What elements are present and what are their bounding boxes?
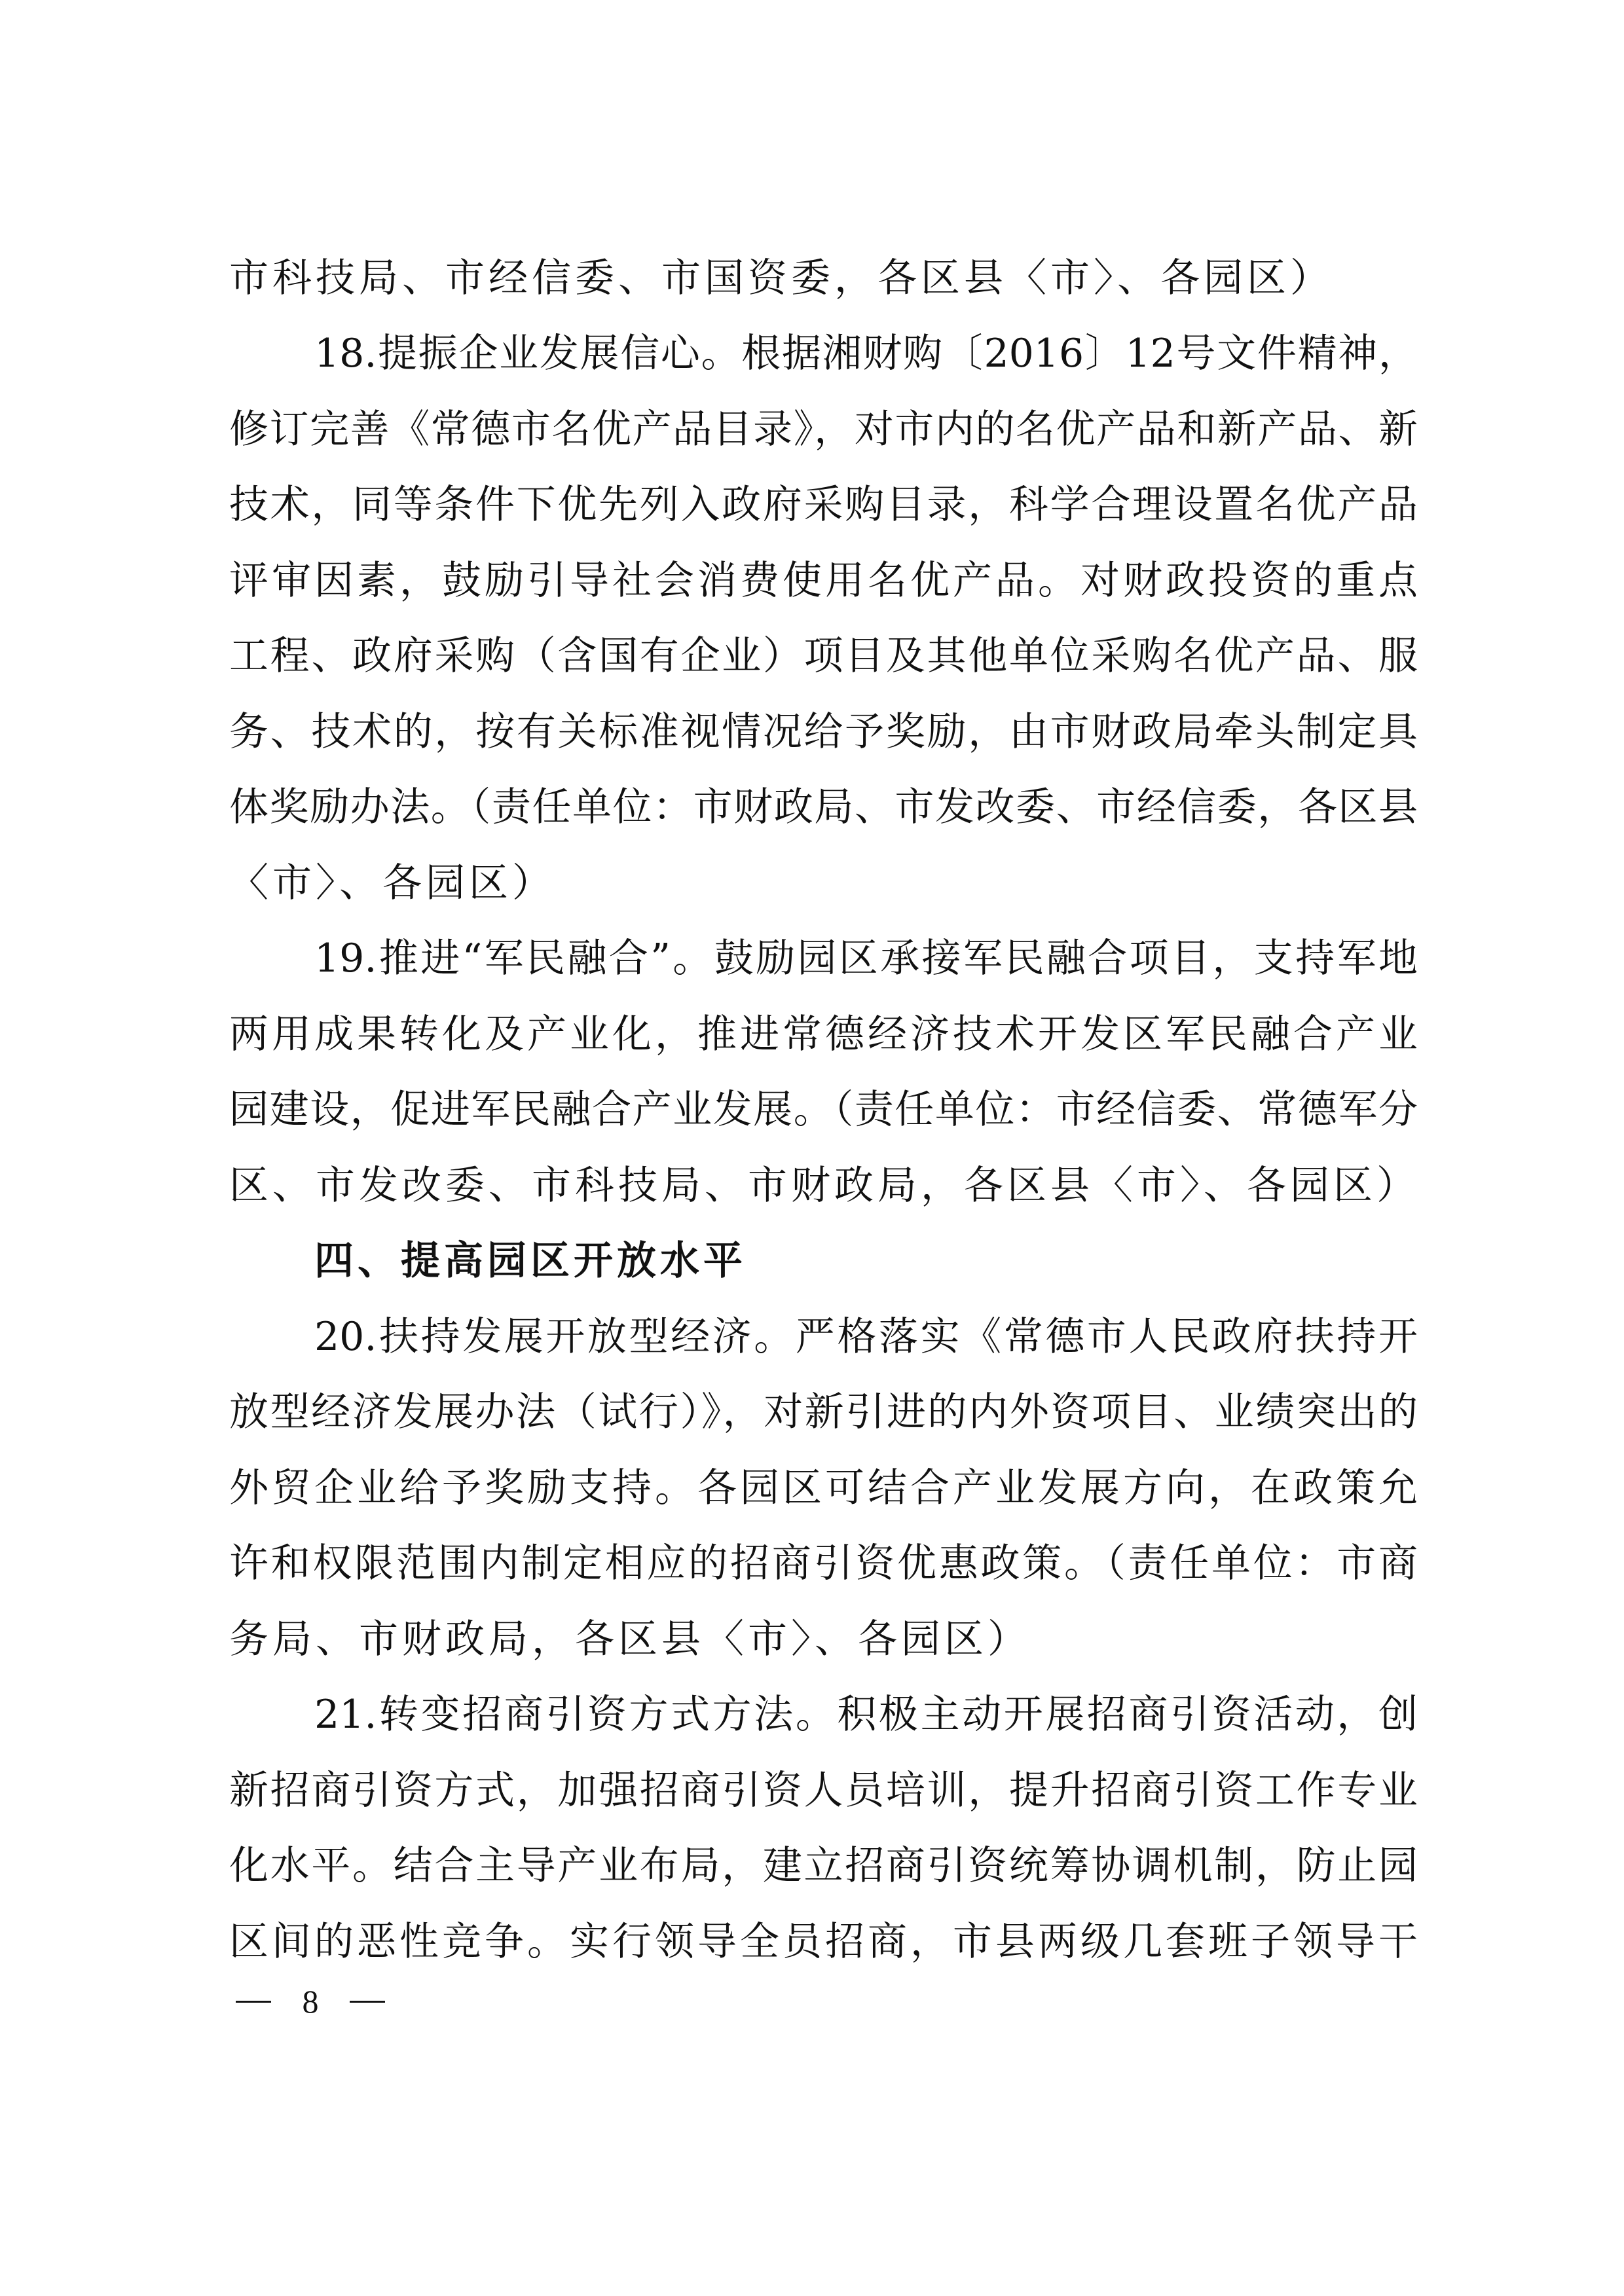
item-20-first-line: 20.扶持发展开放型经济。严格落实《常德市人民政府扶持开 — [314, 1311, 1418, 1363]
text-line: 修订完善《常德市名优产品目录》，对市内的名优产品和新产品、新 — [229, 403, 1418, 456]
text-line: 工程、政府采购（含国有企业）项目及其他单位采购名优产品、服 — [229, 630, 1418, 682]
text-line: 务、技术的，按有关标准视情况给予奖励，由市财政局牵头制定具 — [229, 706, 1418, 758]
text-line: 许和权限范围内制定相应的招商引资优惠政策。（责任单位：市商 — [229, 1537, 1418, 1590]
text-line: 技术，同等条件下优先列入政府采购目录，科学合理设置名优产品 — [229, 479, 1418, 531]
text-line: 园建设，促进军民融合产业发展。（责任单位：市经信委、常德军分 — [229, 1084, 1418, 1136]
document-page: 市科技局、市经信委、市国资委，各区县〈市〉、各园区） 18.提振企业发展信心。根… — [0, 0, 1624, 2296]
text-line: 区间的恶性竞争。实行领导全员招商，市县两级几套班子领导干 — [229, 1916, 1418, 1968]
text-line: 两用成果转化及产业化，推进常德经济技术开发区军民融合产业 — [229, 1008, 1418, 1061]
item-21-first-line: 21.转变招商引资方式方法。积极主动开展招商引资活动，创 — [314, 1688, 1418, 1741]
text-line: 〈市〉、各园区） — [229, 857, 1418, 909]
text-line: 区、市发改委、市科技局、市财政局，各区县〈市〉、各园区） — [229, 1159, 1418, 1212]
text-line: 新招商引资方式，加强招商引资人员培训，提升招商引资工作专业 — [229, 1764, 1418, 1817]
page-number-footer: 8 — [236, 1982, 385, 2021]
text-line: 放型经济发展办法（试行）》，对新引进的内外资项目、业绩突出的 — [229, 1386, 1418, 1438]
item-19-first-line: 19.推进“军民融合”。鼓励园区承接军民融合项目，支持军地 — [314, 932, 1418, 985]
text-line: 市科技局、市经信委、市国资委，各区县〈市〉、各园区） — [229, 252, 1418, 304]
text-line: 务局、市财政局，各区县〈市〉、各园区） — [229, 1613, 1418, 1666]
text-line: 评审因素，鼓励引导社会消费使用名优产品。对财政投资的重点 — [229, 555, 1418, 607]
text-line: 体奖励办法。（责任单位：市财政局、市发改委、市经信委，各区县 — [229, 781, 1418, 833]
text-line: 外贸企业给予奖励支持。各园区可结合产业发展方向，在政策允 — [229, 1462, 1418, 1514]
page-number-left-dash — [236, 2001, 271, 2003]
item-18-first-line: 18.提振企业发展信心。根据湘财购〔2016〕12号文件精神， — [314, 327, 1418, 380]
text-line: 化水平。结合主导产业布局，建立招商引资统筹协调机制，防止园 — [229, 1840, 1418, 1892]
page-number-right-dash — [350, 2001, 385, 2003]
section-heading: 四、提高园区开放水平 — [314, 1235, 1418, 1287]
page-number: 8 — [271, 1982, 350, 2021]
